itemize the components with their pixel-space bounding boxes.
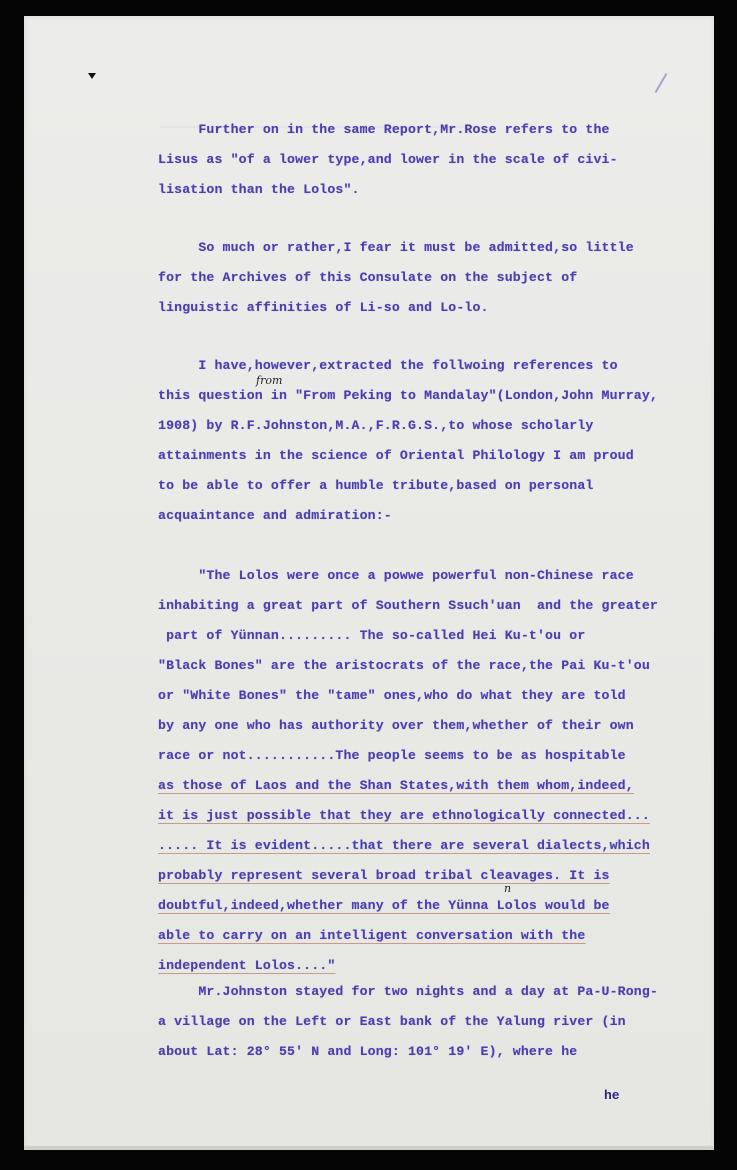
text-line: part of Yünnan......... The so-called He… <box>158 628 585 643</box>
text-line: a village on the Left or East bank of th… <box>158 1014 626 1029</box>
text-line: 1908) by R.F.Johnston,M.A.,F.R.G.S.,to w… <box>158 418 593 433</box>
text-line: Mr.Johnston stayed for two nights and a … <box>158 984 658 999</box>
handwritten-annotation-from: from <box>256 374 282 387</box>
text-line: by any one who has authority over them,w… <box>158 718 634 733</box>
text-line: lisation than the Lolos". <box>158 182 360 197</box>
text-line: this question in "From Peking to Mandala… <box>158 388 658 403</box>
text-line: about Lat: 28° 55' N and Long: 101° 19' … <box>158 1044 577 1059</box>
text-line: Lisus as "of a lower type,and lower in t… <box>158 152 618 167</box>
text-line: for the Archives of this Consulate on th… <box>158 270 577 285</box>
underlined-text-line: as those of Laos and the Shan States,wit… <box>158 778 634 793</box>
text-line: I have,however,extracted the follwoing r… <box>158 358 618 373</box>
catchword: he <box>604 1088 620 1103</box>
underlined-text-line: ..... It is evident.....that there are s… <box>158 838 650 853</box>
text-line: linguistic affinities of Li-so and Lo-lo… <box>158 300 489 315</box>
text-line: Further on in the same Report,Mr.Rose re… <box>158 122 610 137</box>
text-line: inhabiting a great part of Southern Ssuc… <box>158 598 658 613</box>
underlined-text-line: able to carry on an intelligent conversa… <box>158 928 585 943</box>
underlined-text-line: doubtful,indeed,whether many of the Yünn… <box>158 898 610 913</box>
pencil-mark <box>655 73 668 93</box>
document-page: ────────────────────────────────────────… <box>24 16 714 1150</box>
text-line: "Black Bones" are the aristocrats of the… <box>158 658 650 673</box>
text-line: So much or rather,I fear it must be admi… <box>158 240 634 255</box>
underlined-text-line: it is just possible that they are ethnol… <box>158 808 650 823</box>
text-line: acquaintance and admiration:- <box>158 508 392 523</box>
text-line: race or not...........The people seems t… <box>158 748 626 763</box>
text-line: attainments in the science of Oriental P… <box>158 448 634 463</box>
underlined-text-line: independent Lolos...." <box>158 958 335 973</box>
handwritten-annotation-n: n <box>504 882 511 895</box>
punch-hole-mark <box>88 73 96 79</box>
underlined-text-line: probably represent several broad tribal … <box>158 868 610 883</box>
text-line: to be able to offer a humble tribute,bas… <box>158 478 593 493</box>
text-line: or "White Bones" the "tame" ones,who do … <box>158 688 626 703</box>
text-line: "The Lolos were once a powwe powerful no… <box>158 568 634 583</box>
